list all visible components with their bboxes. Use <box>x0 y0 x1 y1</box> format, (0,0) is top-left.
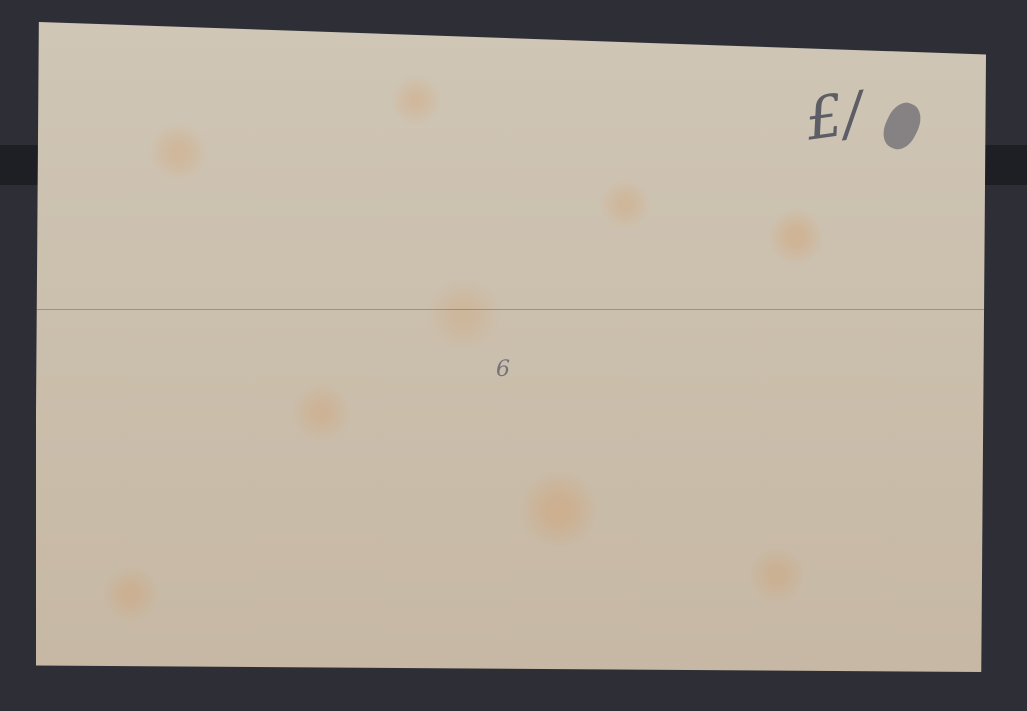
pencil-price-notation: £/ <box>802 78 867 153</box>
pencil-small-mark: 6 <box>496 357 510 382</box>
pencil-smudge <box>877 97 926 154</box>
fold-line <box>36 309 986 310</box>
paper-piece: £/ 6 <box>36 22 986 672</box>
